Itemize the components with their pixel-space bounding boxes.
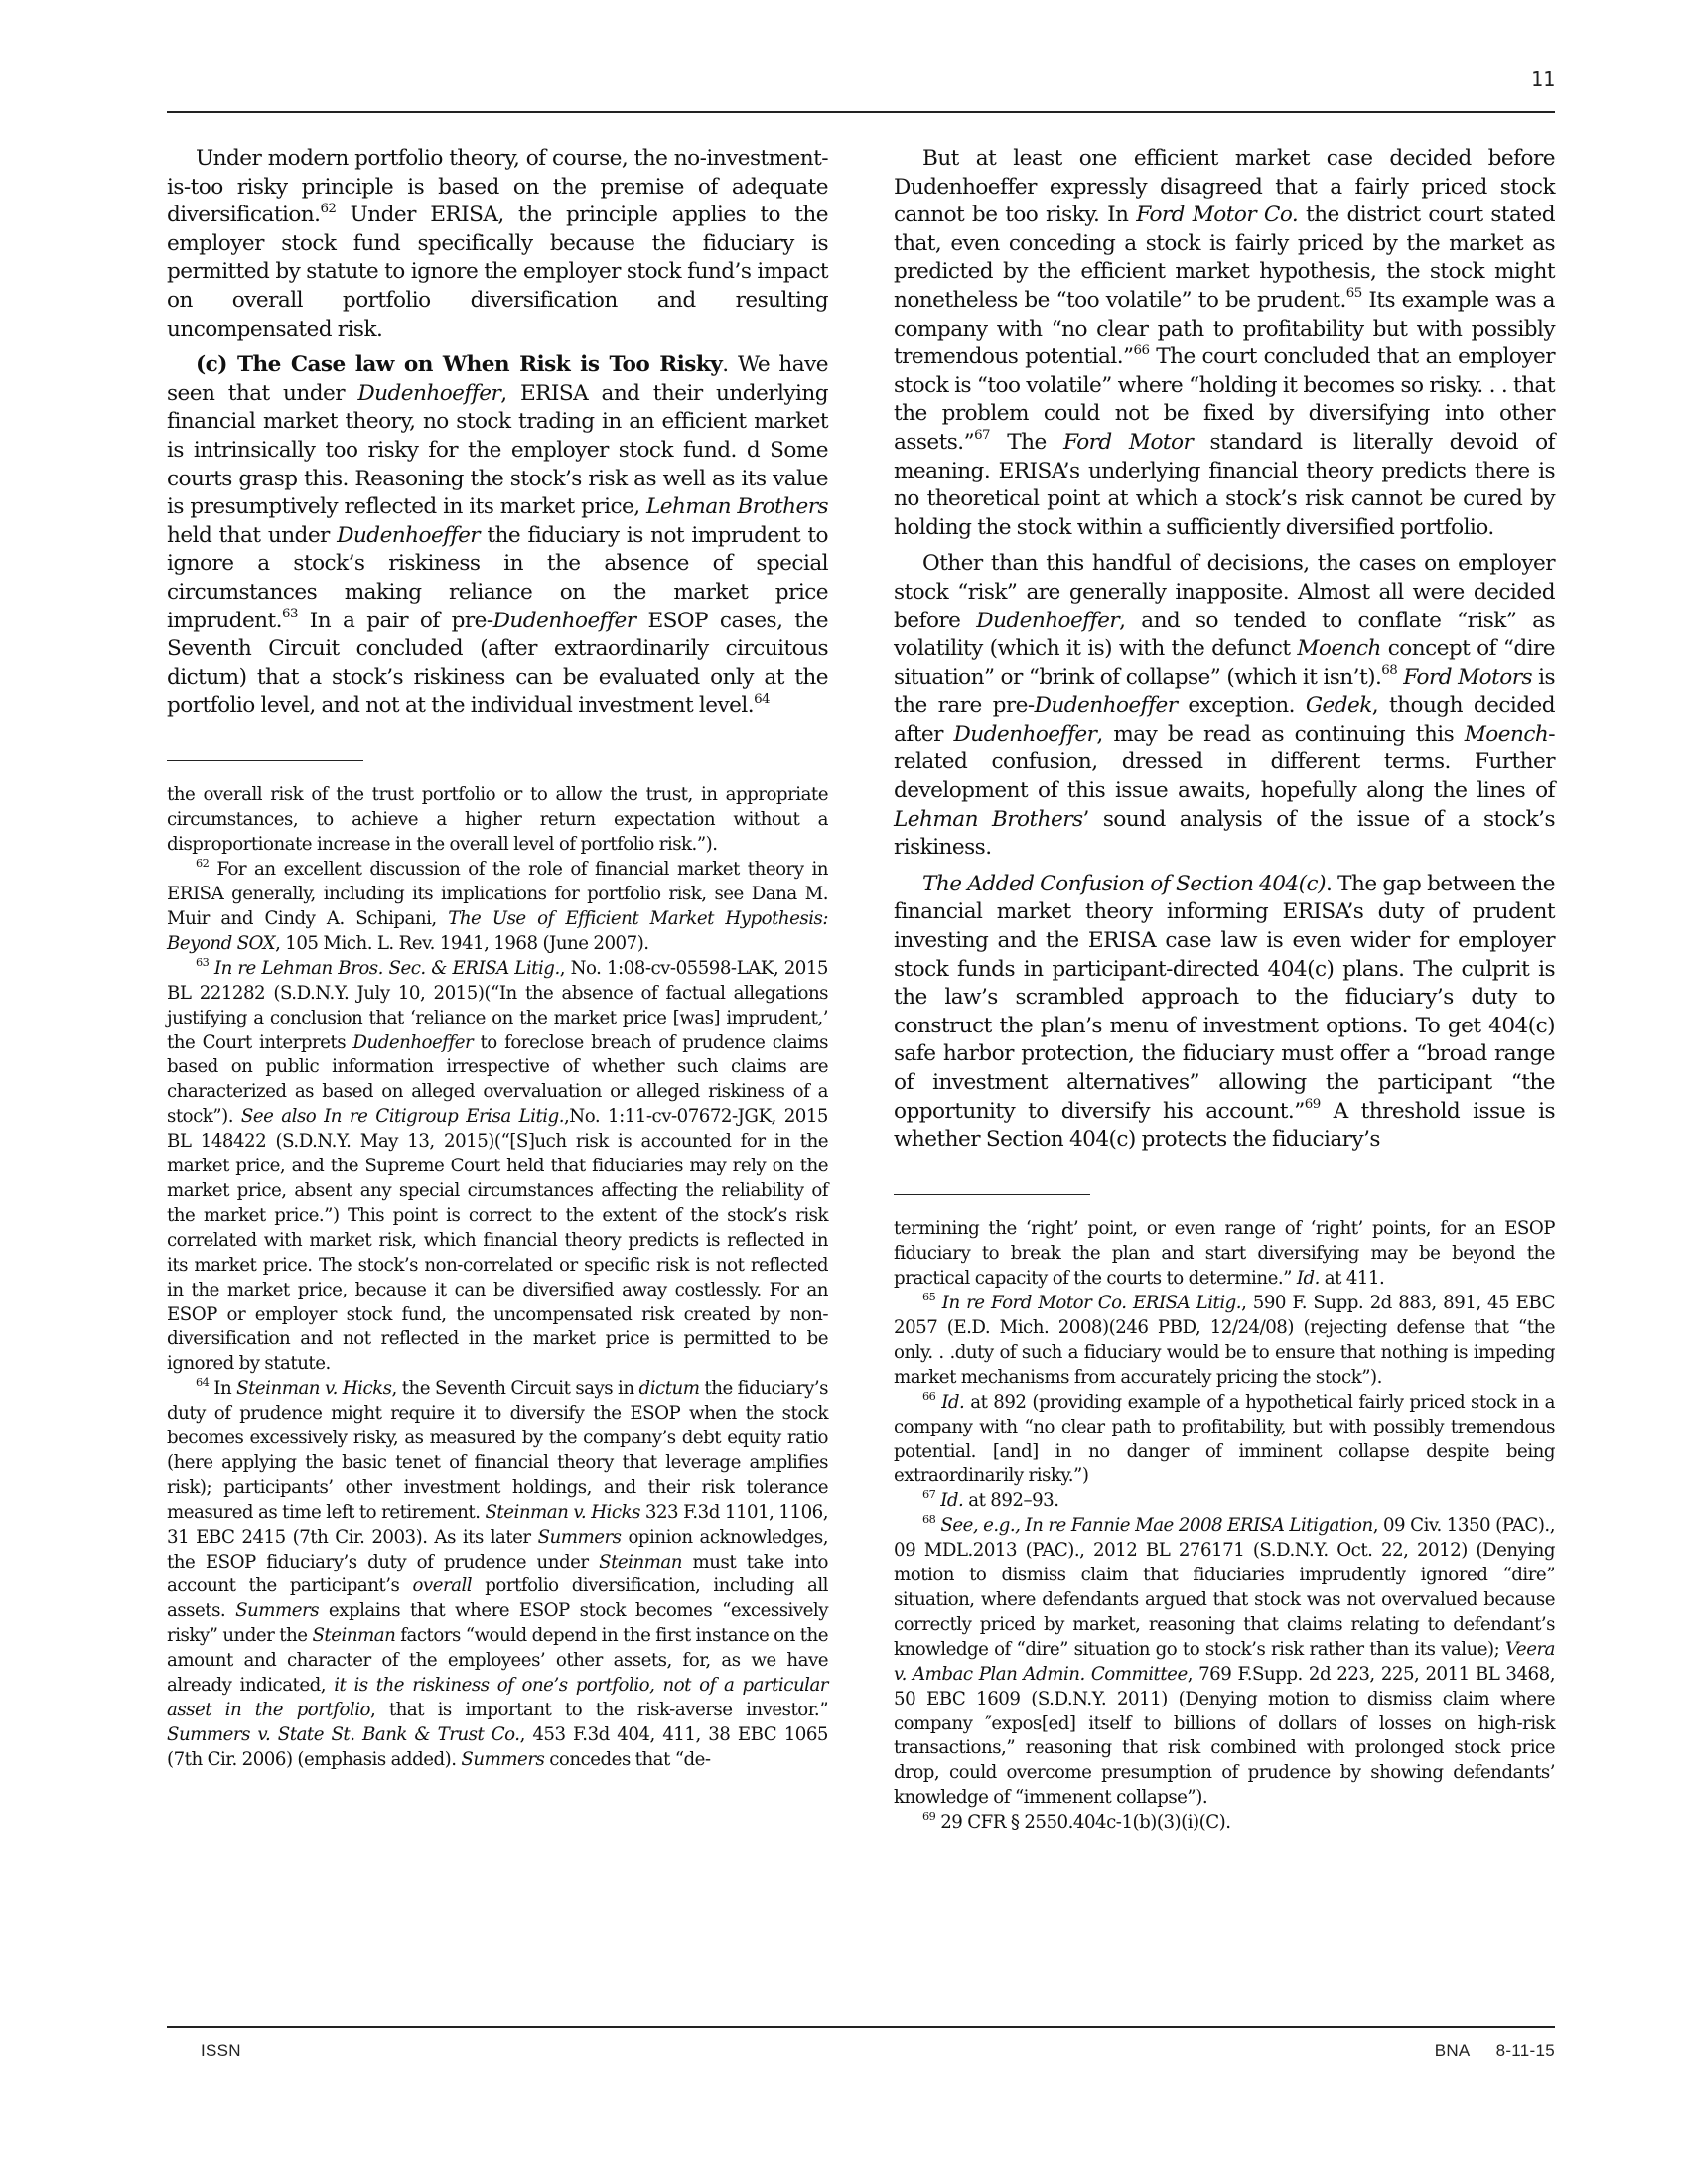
body-paragraph: Under modern portfolio theory, of course…	[167, 145, 828, 343]
right-footnotes: termining the ‘right’ point, or even ran…	[894, 1217, 1555, 1836]
left-column: Under modern portfolio theory, of course…	[167, 145, 828, 1773]
header-rule	[167, 111, 1555, 113]
document-page: 11 Under modern portfolio theory, of cou…	[0, 0, 1688, 2184]
body-paragraph: (c) The Case law on When Risk is Too Ris…	[167, 351, 828, 721]
footnote-number: 66	[922, 1390, 935, 1403]
footer-publication: BNA8-11-15	[1390, 2041, 1555, 2061]
footnote-number: 62	[196, 857, 209, 870]
footnote-number: 69	[922, 1810, 935, 1823]
body-paragraph: Other than this handful of decisions, th…	[894, 550, 1555, 863]
footnote-62: 62 For an excellent discussion of the ro…	[167, 858, 828, 957]
footnote-65: 65 In re Ford Motor Co. ERISA Litig., 59…	[894, 1292, 1555, 1391]
footnote-separator	[167, 760, 363, 762]
right-body: But at least one efficient market case d…	[894, 145, 1555, 1155]
footnote-number: 64	[196, 1376, 209, 1389]
footnote-number: 67	[922, 1488, 935, 1501]
left-footnotes: the overall risk of the trust portfolio …	[167, 783, 828, 1772]
page-number: 11	[1470, 68, 1555, 91]
left-body: Under modern portfolio theory, of course…	[167, 145, 828, 721]
footnote-number: 63	[196, 956, 209, 969]
footnote-continued: the overall risk of the trust portfolio …	[167, 783, 828, 858]
body-paragraph: The Added Confusion of Section 404(c). T…	[894, 871, 1555, 1155]
footnote-continued: termining the ‘right’ point, or even ran…	[894, 1217, 1555, 1292]
footer-publisher: BNA	[1435, 2041, 1471, 2060]
footnote-67: 67 Id. at 892–93.	[894, 1489, 1555, 1514]
footnote-69: 69 29 CFR § 2550.404c-1(b)(3)(i)(C).	[894, 1811, 1555, 1836]
footnote-separator	[894, 1194, 1090, 1196]
footer-date: 8-11-15	[1496, 2041, 1555, 2060]
body-paragraph: But at least one efficient market case d…	[894, 145, 1555, 542]
right-column: But at least one efficient market case d…	[894, 145, 1555, 1836]
footnote-66: 66 Id. at 892 (providing example of a hy…	[894, 1391, 1555, 1490]
footnote-number: 65	[922, 1291, 935, 1303]
footnote-number: 68	[922, 1513, 935, 1526]
footnote-63: 63 In re Lehman Bros. Sec. & ERISA Litig…	[167, 957, 828, 1377]
footer-rule	[167, 2026, 1555, 2028]
footer-issn: ISSN	[201, 2041, 241, 2061]
footnote-68: 68 See, e.g., In re Fannie Mae 2008 ERIS…	[894, 1514, 1555, 1811]
footnote-64: 64 In Steinman v. Hicks, the Seventh Cir…	[167, 1377, 828, 1773]
